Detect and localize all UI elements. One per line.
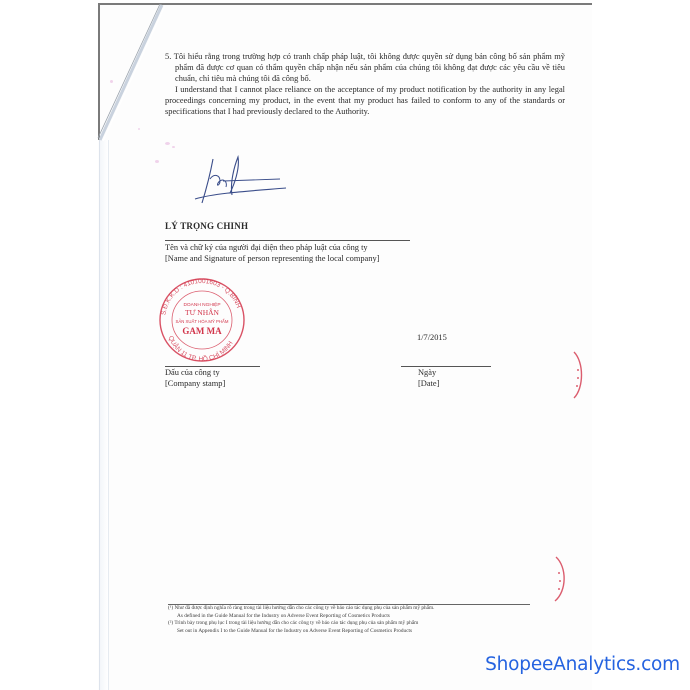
watermark: ShopeeAnalytics.com [485,654,680,675]
scan-speckle [138,128,140,130]
signatory-name: LÝ TRỌNG CHINH [165,221,248,231]
date-caption-vi: Ngày [418,367,436,378]
stamp-caption-vi: Dấu của công ty [165,367,220,378]
handwritten-signature [190,155,290,205]
sleeve-binding-strip [99,140,109,690]
clause-english: I understand that I cannot place relianc… [165,84,565,117]
signatory-caption-vi: Tên và chữ ký của người đại diện theo ph… [165,242,368,253]
scan-speckle [172,146,175,148]
footnote-text: Như đã được định nghĩa rõ ràng trong tài… [174,605,434,611]
footnote-1-en: As defined in the Guide Manual for the I… [168,613,538,621]
footnote-1-vi: (¹) Như đã được định nghĩa rõ ràng trong… [168,605,538,613]
clause-vietnamese: 5. Tôi hiểu rằng trong trường hợp có tra… [165,51,565,84]
footnotes: (¹) Như đã được định nghĩa rõ ràng trong… [168,605,538,635]
svg-text:SẢN XUẤT HÓA MỸ PHẨM: SẢN XUẤT HÓA MỸ PHẨM [176,319,229,324]
signatory-caption-en: [Name and Signature of person representi… [165,253,379,264]
date-line [401,366,491,367]
date-caption-en: [Date] [418,378,439,389]
sleeve-top-edge [98,3,592,5]
footnote-text: Trình bày trong phụ lục I trong tài liệu… [174,620,418,626]
sleeve-left-edge [98,4,100,140]
footnote-2-vi: (²) Trình bày trong phụ lục I trong tài … [168,620,538,628]
footnote-marker: (²) [168,620,173,626]
signature-line [165,240,410,241]
svg-text:GAM MA: GAM MA [182,326,222,336]
clause-5: 5. Tôi hiểu rằng trong trường hợp có tra… [165,51,565,117]
scan-speckle [155,160,159,163]
stamp-caption-en: [Company stamp] [165,378,225,389]
footnote-2-en: Set out in Appendix I to the Guide Manua… [168,628,538,636]
footnote-marker: (¹) [168,605,173,611]
scan-speckle [110,80,113,83]
scan-speckle [165,142,170,145]
clause-vietnamese-text: Tôi hiểu rằng trong trường hợp có tranh … [174,52,565,83]
clause-number: 5. [165,52,171,61]
svg-text:TƯ NHÂN: TƯ NHÂN [185,307,220,317]
date-value: 1/7/2015 [417,333,447,342]
company-stamp: S.Đ.K.K.D : 4101001603 - Q.BÌNH QUẬN 11 … [147,276,257,364]
svg-text:DOANH NGHIỆP: DOANH NGHIỆP [183,300,220,308]
